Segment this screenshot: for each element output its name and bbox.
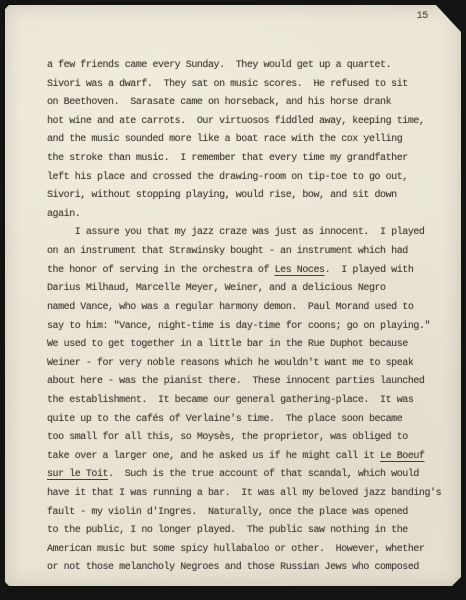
page-number: 15 <box>417 11 428 22</box>
text-line: sur le Toit. Such is the true account of… <box>47 466 451 485</box>
text-line: quite up to the cafés of Verlaine's time… <box>47 411 451 430</box>
text-line: Weiner - for very noble reasons which he… <box>47 355 451 374</box>
text-line: and the music sounded more like a boat r… <box>47 131 451 150</box>
text-line: say to him: "Vance, night-time is day-ti… <box>47 318 451 337</box>
text-line: American music but some spicy hullabaloo… <box>47 541 451 560</box>
text-line: on Beethoven. Sarasate came on horseback… <box>47 94 451 113</box>
text-line: a few friends came every Sunday. They wo… <box>47 57 451 76</box>
text-line: to the public, I no longer played. The p… <box>47 522 451 541</box>
text-line: Darius Milhaud, Marcelle Meyer, Weiner, … <box>47 280 451 299</box>
text-line: hot wine and ate carrots. Our virtuosos … <box>47 113 451 132</box>
text-line: fault - my violin d'Ingres. Naturally, o… <box>47 504 451 523</box>
text-line: I assure you that my jazz craze was just… <box>47 224 451 243</box>
scan-background: 15 a few friends came every Sunday. They… <box>0 0 466 600</box>
text-line: the honor of serving in the orchestra of… <box>47 262 451 281</box>
text-line: on an instrument that Strawinsky bought … <box>47 243 451 262</box>
text-line: the establishment. It became our general… <box>47 392 451 411</box>
text-line: have it that I was running a bar. It was… <box>47 485 451 504</box>
text-line: left his place and crossed the drawing-r… <box>47 169 451 188</box>
typescript-page: 15 a few friends came every Sunday. They… <box>5 5 461 586</box>
text-line: We used to get together in a little bar … <box>47 336 451 355</box>
text-line: take over a larger one, and he asked us … <box>47 448 451 467</box>
text-line: Sivori, without stopping playing, would … <box>47 187 451 206</box>
text-line: again. <box>47 206 451 225</box>
text-line: named Vance, who was a regular harmony d… <box>47 299 451 318</box>
text-line: Sivori was a dwarf. They sat on music sc… <box>47 76 451 95</box>
text-line: or not those melancholy Negroes and thos… <box>47 559 451 578</box>
text-line: about here - was the pianist there. Thes… <box>47 373 451 392</box>
typescript-text: a few friends came every Sunday. They wo… <box>47 57 451 578</box>
text-line: the stroke than music. I remember that e… <box>47 150 451 169</box>
text-line: too small for all this, so Moysès, the p… <box>47 429 451 448</box>
